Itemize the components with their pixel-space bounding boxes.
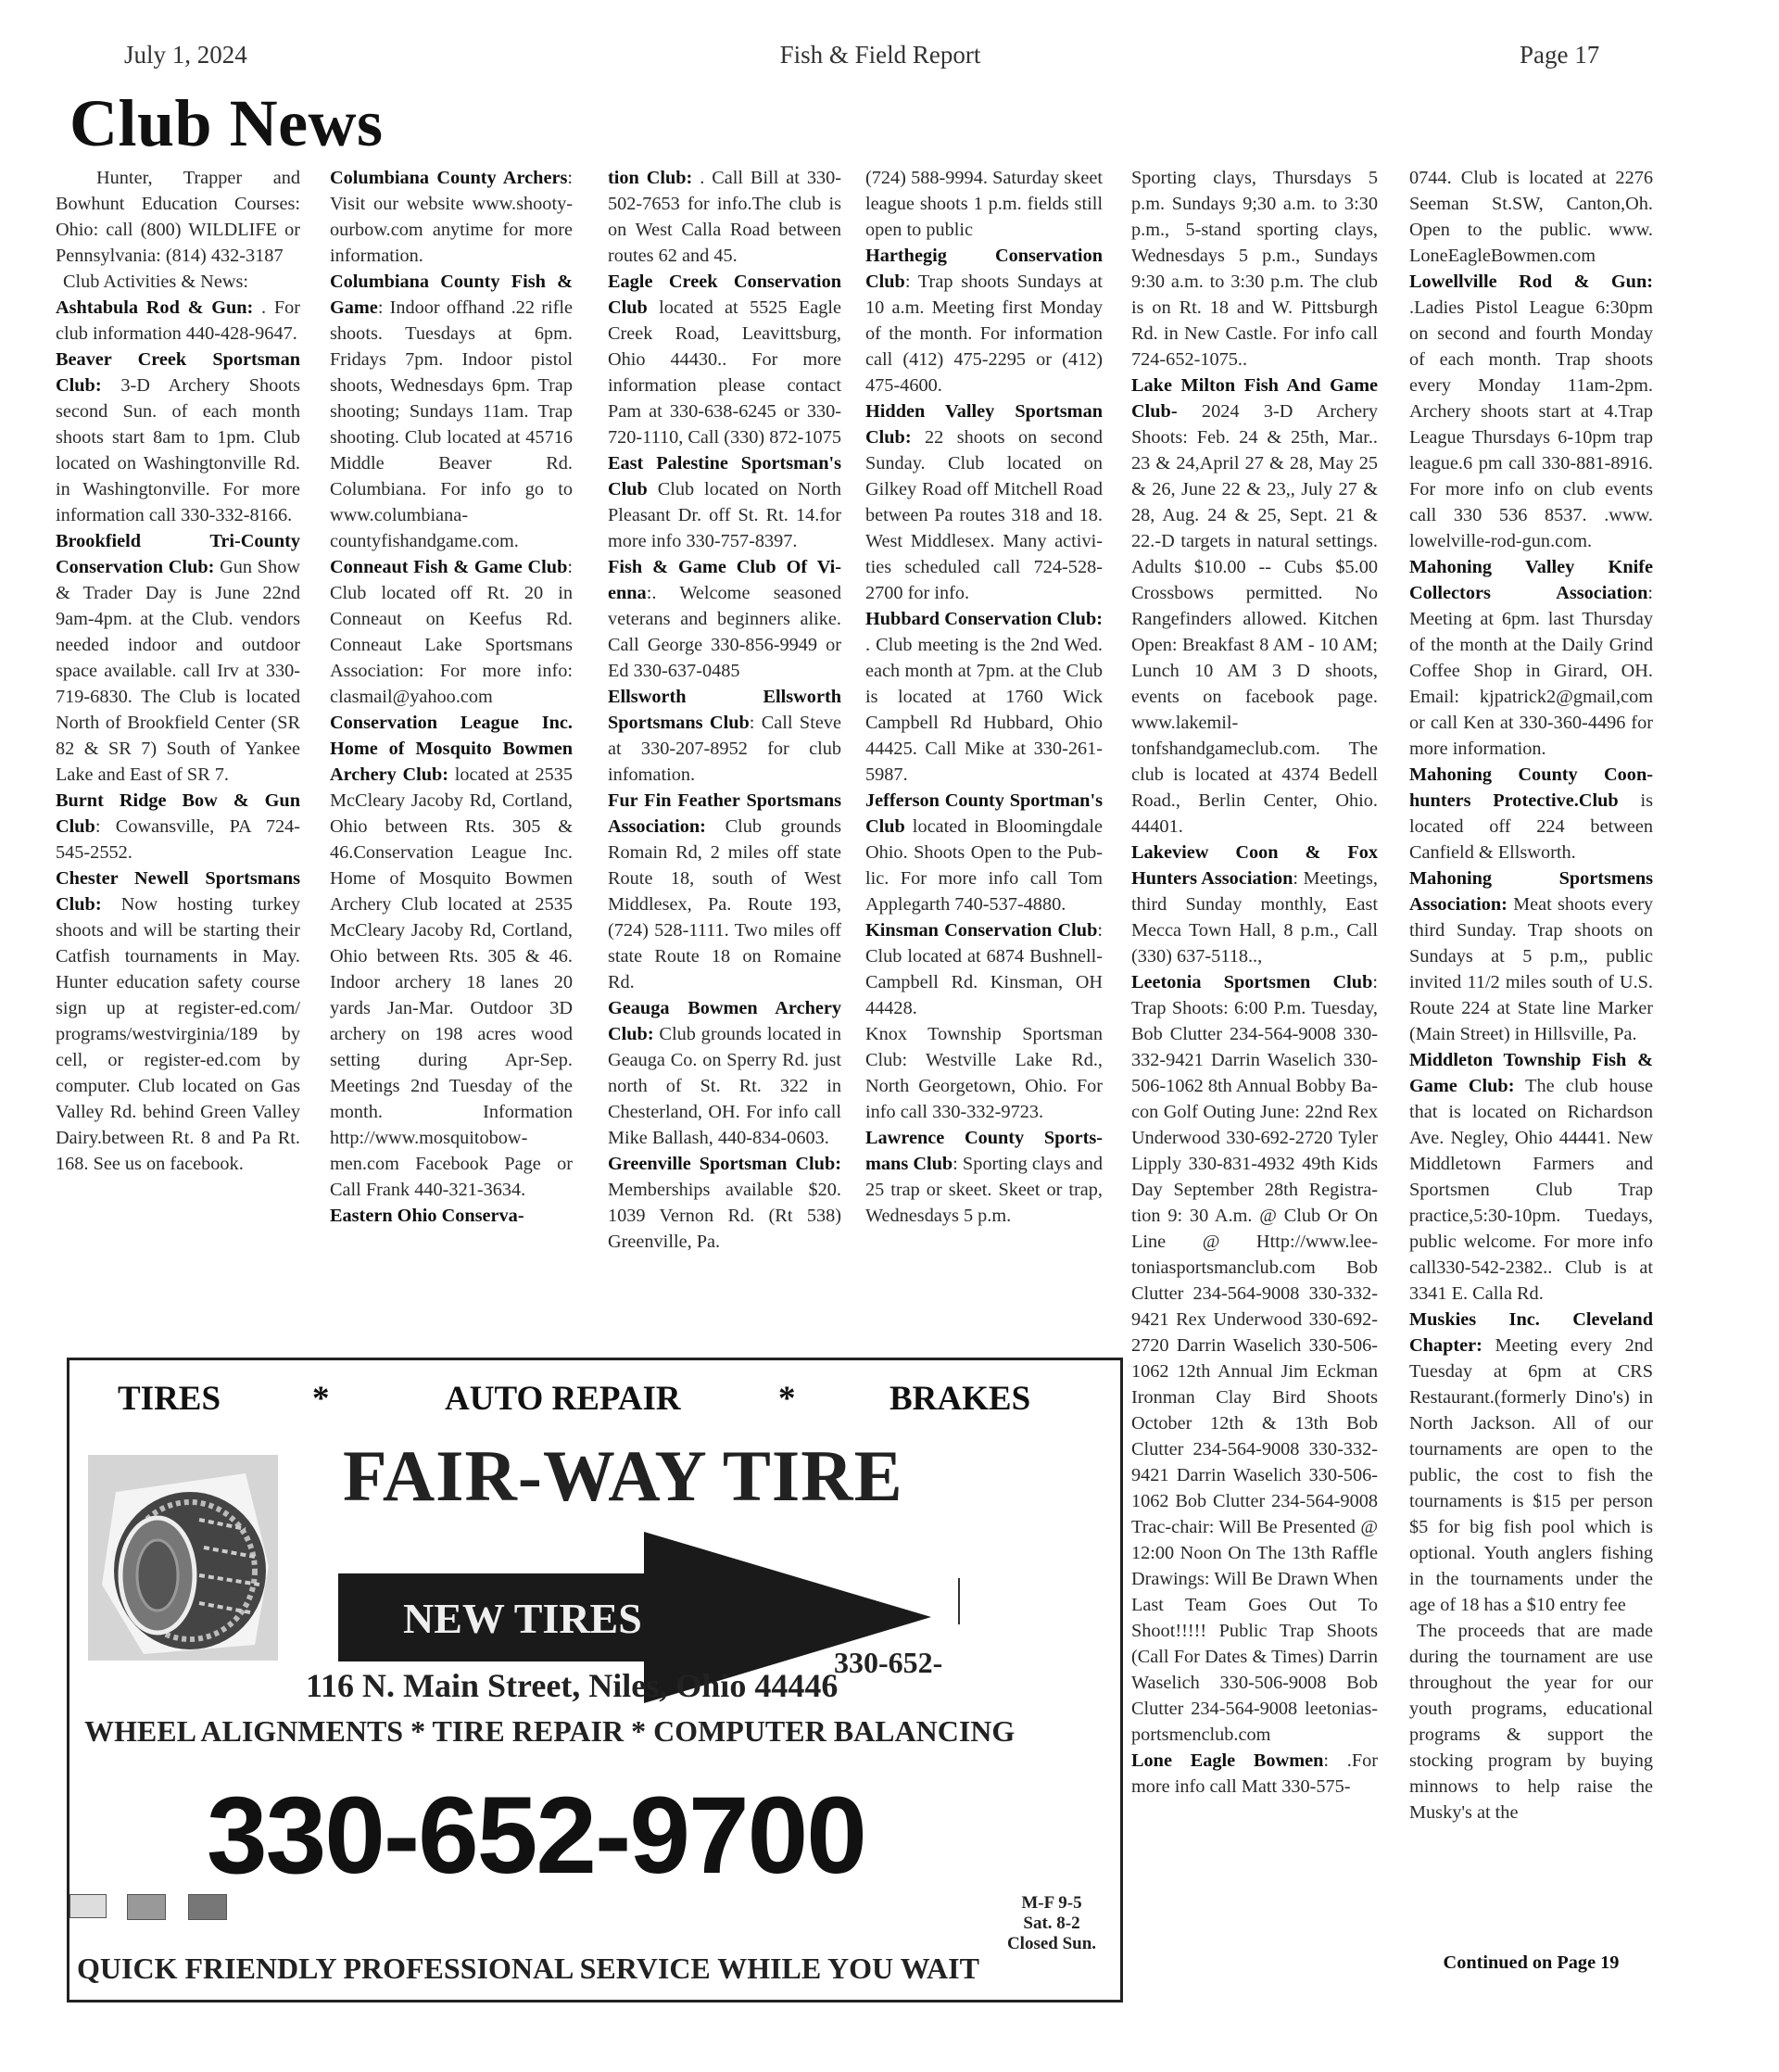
club-details: : Club located off Rt. 20 in Conneaut on… <box>330 557 573 707</box>
ad-tagline: QUICK FRIENDLY PROFESSIONAL SERVICE WHIL… <box>77 1952 979 1986</box>
club-details: .Ladies Pistol League 6:30pm on second a… <box>1409 297 1653 551</box>
club-details: 0744. Club is located at 2276 Seeman St.… <box>1409 168 1653 266</box>
club-entry: Fish & Game Club Of Vi­enna:. Welcome se… <box>608 554 841 684</box>
club-entry: Club Activities & News: <box>56 269 300 295</box>
ad-top-separator: * <box>312 1379 330 1419</box>
ad-top-tires: TIRES <box>118 1379 221 1419</box>
hours-weekdays: M-F 9-5 <box>996 1893 1107 1914</box>
club-entry: Mahoning County Coon­hunters Protective.… <box>1409 762 1653 865</box>
club-entry: Mahoning Valley Knife Collectors Associa… <box>1409 554 1653 762</box>
club-details: Hunter, Trapper and Bowhunt Education Co… <box>56 168 300 266</box>
column-4: (724) 588-9994. Saturday skeet league sh… <box>865 165 1103 1229</box>
ad-brand-name: FAIR-WAY TIRE <box>343 1434 903 1518</box>
club-details: 2024 3-D Ar­chery Shoots: Feb. 24 & 25th… <box>1131 401 1378 837</box>
club-entry: Kinsman Conservation Club: Club located … <box>865 917 1103 1021</box>
ad-address: 116 N. Main Street, Niles, Ohio 44446 <box>306 1666 838 1705</box>
club-details: : Indoor offhand .22 rifle shoots. Tuesd… <box>330 297 573 551</box>
club-entry: Ellsworth Ellsworth Sportsmans Club: Cal… <box>608 684 841 788</box>
club-entry: Mahoning Sportsmens Association: Meat sh… <box>1409 865 1653 1047</box>
continued-note-wrap: Continued on Page 19 <box>1409 1944 1653 1976</box>
club-details: Meat shoots every third Sunday. Trap sho… <box>1409 894 1653 1044</box>
club-entry: Conneaut Fish & Game Club: Club located … <box>330 554 573 710</box>
club-entry: (724) 588-9994. Saturday skeet league sh… <box>865 165 1103 243</box>
club-entry: Jefferson County Sport­man's Club locate… <box>865 788 1103 917</box>
club-entry: Lake Milton Fish And Game Club- 2024 3-D… <box>1131 373 1378 840</box>
club-details: : Trap Shoots: 6:00 P.m. Tuesday, Bob Cl… <box>1131 972 1378 1745</box>
club-entry: Sporting clays, Thursdays 5 p.m. Sundays… <box>1131 165 1378 373</box>
club-name: Greenville Sportsman Club: <box>608 1154 841 1174</box>
club-details: The proceeds that are made during the to… <box>1409 1621 1653 1823</box>
club-entry: Hidden Valley Sports­man Club: 22 shoots… <box>865 398 1103 606</box>
club-entry: Greenville Sportsman Club: Memberships a… <box>608 1151 841 1255</box>
column-5: Sporting clays, Thursdays 5 p.m. Sundays… <box>1131 165 1378 1800</box>
club-details: Club grounds Romain Rd, 2 miles off stat… <box>608 816 841 992</box>
club-entry: Hunter, Trapper and Bowhunt Education Co… <box>56 165 300 269</box>
club-details: Meeting every 2nd Tuesday at 6pm at CRS … <box>1409 1335 1653 1615</box>
mastercard-icon <box>127 1894 166 1920</box>
club-entry: Leetonia Sportsmen Club: Trap Shoots: 6:… <box>1131 969 1378 1748</box>
club-name: Ashtabula Rod & Gun: <box>56 297 253 318</box>
column-6: 0744. Club is located at 2276 Seeman St.… <box>1409 165 1653 1826</box>
club-entry: Harthegig Conservation Club: Trap shoots… <box>865 243 1103 398</box>
club-name: Leetonia Sportsmen Club <box>1131 972 1372 992</box>
club-name: Kinsman Conservation Club <box>865 920 1097 941</box>
club-entry: Geauga Bowmen Ar­chery Club: Club ground… <box>608 995 841 1151</box>
club-entry: Columbiana County Fish & Game: Indoor of… <box>330 269 573 554</box>
club-name: Columbiana Coun­ty Archers <box>330 168 567 188</box>
club-entry: Columbiana Coun­ty Archers: Visit our we… <box>330 165 573 269</box>
tire-icon <box>88 1455 278 1661</box>
club-details: (724) 588-9994. Saturday skeet league sh… <box>865 168 1103 240</box>
club-entry: Ashtabula Rod & Gun: . For club informat… <box>56 295 300 347</box>
club-entry: tion Club: . Call Bill at 330-502-7653 f… <box>608 165 841 269</box>
club-details: Now hosting turkey shoots and will be st… <box>56 894 300 1174</box>
club-entry: Conservation League Inc. Home of Mosquit… <box>330 710 573 1203</box>
club-details: 22 shoots on second Sunday. Club lo­cate… <box>865 427 1103 603</box>
publication-name: Fish & Field Report <box>0 41 1760 69</box>
ad-new-tires-label: NEW TIRES <box>403 1594 642 1643</box>
club-details: 3-D Archery Shoots second Sun. of each m… <box>56 375 300 525</box>
column-3: tion Club: . Call Bill at 330-502-7653 f… <box>608 165 841 1255</box>
section-title: Club News <box>69 85 384 162</box>
club-entry: Beaver Creek Sportsman Club: 3-D Archery… <box>56 347 300 528</box>
club-name: tion Club: <box>608 168 692 188</box>
club-name: Mahoning Valley Knife Collectors Associa… <box>1409 557 1653 603</box>
fairway-tire-advertisement: TIRES * AUTO REPAIR * BRAKES FAIR-WAY TI… <box>67 1358 1123 2003</box>
club-details: Gun Show & Trader Day is June 22nd 9am-4… <box>56 557 300 785</box>
ad-services-list: WHEEL ALIGNMENTS * TIRE REPAIR * COMPUTE… <box>84 1714 1015 1749</box>
club-name: Conneaut Fish & Game Club <box>330 557 567 577</box>
club-entry: Hubbard Conservation Club: . Club meetin… <box>865 606 1103 788</box>
club-details: : Meeting at 6pm. last Thurs­day of the … <box>1409 583 1653 759</box>
club-name: Lowellville Rod & Gun: <box>1409 272 1653 292</box>
club-entry: Middleton Township Fish & Game Club: The… <box>1409 1047 1653 1307</box>
page-number: Page 17 <box>1520 41 1599 69</box>
club-details: Club Activities & News: <box>63 272 248 292</box>
club-details: located at 5525 Eagle Creek Road, Leavit… <box>608 297 841 448</box>
column-1: Hunter, Trapper and Bowhunt Education Co… <box>56 165 300 1177</box>
club-entry: Lowellville Rod & Gun: .Ladies Pistol Le… <box>1409 269 1653 554</box>
club-entry: Chester Newell Sports­mans Club: Now hos… <box>56 865 300 1177</box>
club-entry: Muskies Inc. Cleveland Chapter: Meeting … <box>1409 1307 1653 1618</box>
club-details: located at 2535 McCleary Jacoby Rd, Cort… <box>330 764 573 1200</box>
club-details: Knox Township Sports­man Club: Westville… <box>865 1024 1103 1122</box>
club-entry: Eagle Creek Conser­vation Club located a… <box>608 269 841 450</box>
club-details: Memberships avail­able $20. 1039 Vernon … <box>608 1180 841 1252</box>
club-details: The club house that is locat­ed on Richa… <box>1409 1076 1653 1304</box>
hours-saturday: Sat. 8-2 <box>996 1914 1107 1934</box>
ad-phone-number[interactable]: 330-652-9700 <box>207 1773 865 1899</box>
discover-card-icon <box>188 1894 227 1920</box>
tire-image <box>88 1455 278 1661</box>
club-entry: Lakeview Coon & Fox Hunters Association:… <box>1131 840 1378 969</box>
ad-top-brakes: BRAKES <box>889 1379 1030 1419</box>
club-name: Mahoning County Coon­hunters Protective.… <box>1409 764 1653 811</box>
club-entry: 0744. Club is located at 2276 Seeman St.… <box>1409 165 1653 269</box>
club-entry: East Palestine Sports­man's Club Club lo… <box>608 450 841 554</box>
hours-sunday: Closed Sun. <box>996 1934 1107 1954</box>
ad-top-auto-repair: AUTO REPAIR <box>445 1379 681 1419</box>
ad-business-hours: M-F 9-5 Sat. 8-2 Closed Sun. <box>996 1893 1107 1954</box>
club-entry: Lawrence County Sports­mans Club: Sporti… <box>865 1125 1103 1229</box>
club-entry: The proceeds that are made during the to… <box>1409 1618 1653 1826</box>
club-entry: Eastern Ohio Conserva- <box>330 1203 573 1229</box>
ad-top-separator: * <box>778 1379 796 1419</box>
continued-link[interactable]: Continued on Page 19 <box>1409 1950 1653 1976</box>
club-entry: Fur Fin Feather Sports­mans Association:… <box>608 788 841 995</box>
column-2: Columbiana Coun­ty Archers: Visit our we… <box>330 165 573 1229</box>
club-entry: Brookfield Tri-County Conservation Club:… <box>56 528 300 788</box>
club-entry: Burnt Ridge Bow & Gun Club: Cowans­ville… <box>56 788 300 865</box>
club-details: Sporting clays, Thursdays 5 p.m. Sundays… <box>1131 168 1378 370</box>
club-entry: Lone Eagle Bowmen: .For more info call M… <box>1131 1748 1378 1800</box>
club-name: Lone Eagle Bowmen <box>1131 1750 1323 1771</box>
ad-phone-fragment: 330-652- <box>834 1646 942 1680</box>
club-details: . Club meeting is the 2nd Wed. each mont… <box>865 635 1103 785</box>
club-entry: Knox Township Sports­man Club: Westville… <box>865 1021 1103 1125</box>
visa-card-icon <box>69 1894 107 1918</box>
club-name: Hubbard Conservation Club: <box>865 609 1103 629</box>
club-name: Eastern Ohio Conserva- <box>330 1206 524 1226</box>
